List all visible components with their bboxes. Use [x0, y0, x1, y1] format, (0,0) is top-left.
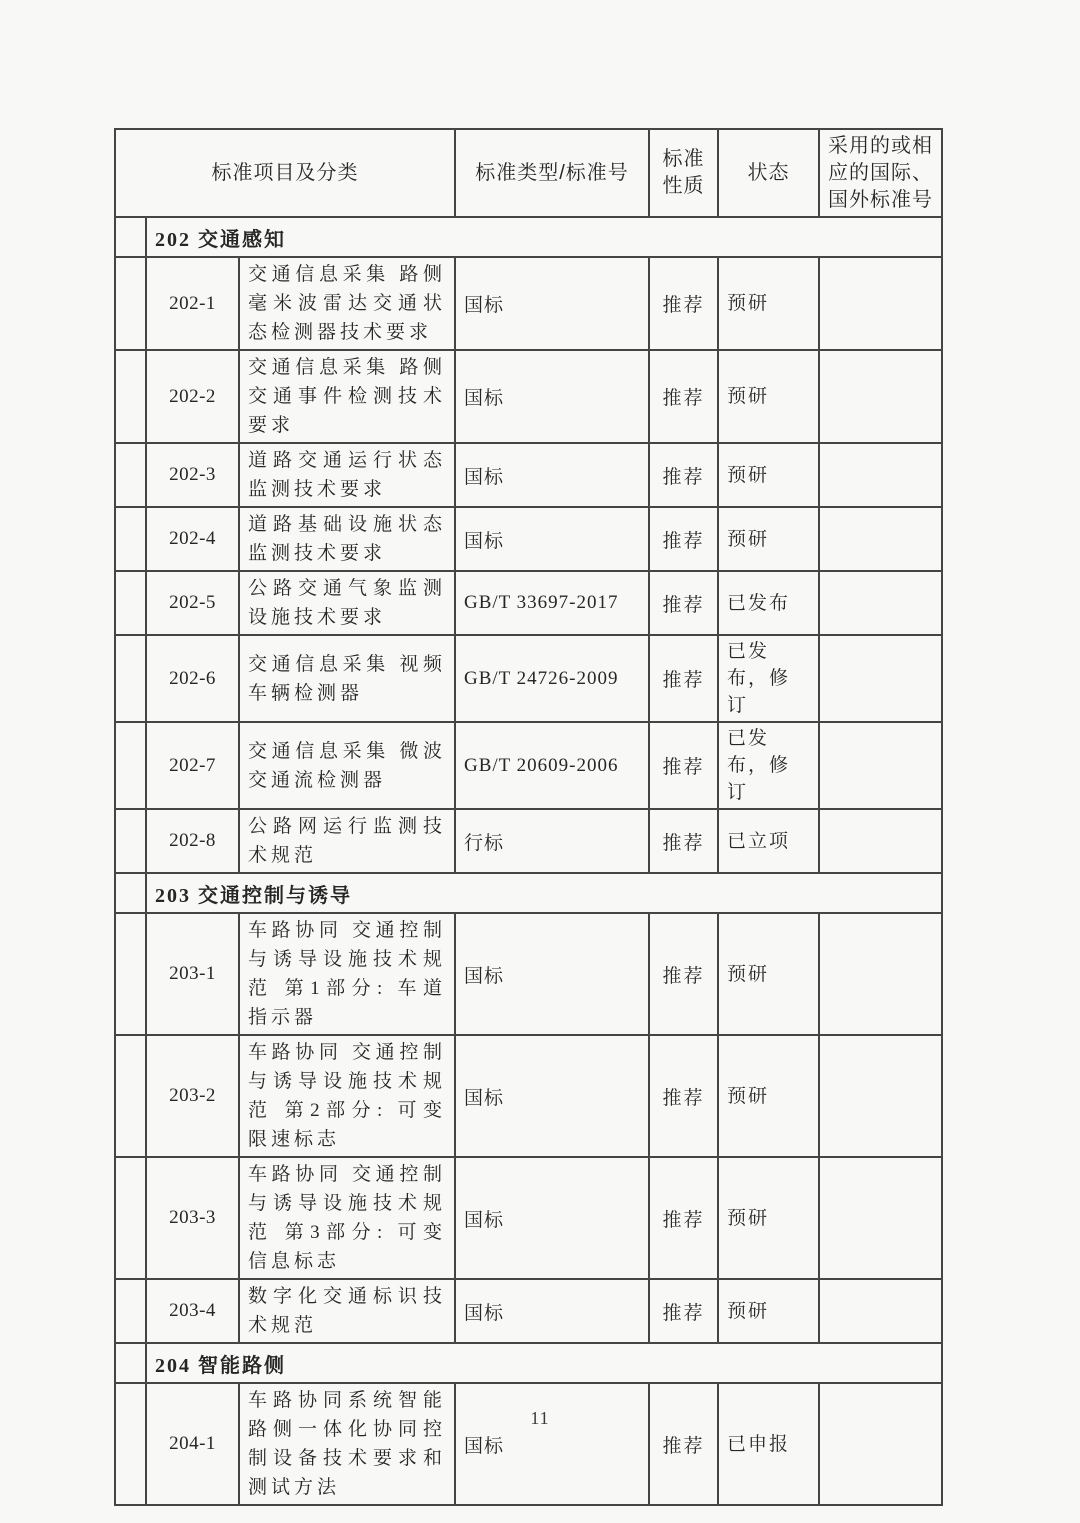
header-cell-item-category: 标准项目及分类 — [115, 129, 455, 217]
table-row: 203-2 车路协同 交通控制与诱导设施技术规范 第2部分: 可变限速标志 国标… — [115, 1035, 942, 1157]
standard-status-cell: 已发布 — [718, 571, 819, 635]
intl-standard-cell — [819, 1279, 942, 1343]
spacer-cell — [115, 1343, 146, 1383]
standard-status-cell: 已发布，修订 — [718, 635, 819, 722]
spacer-cell — [115, 507, 146, 571]
header-cell-nature: 标准性质 — [649, 129, 718, 217]
intl-standard-cell — [819, 507, 942, 571]
table-row: 202-2 交通信息采集 路侧交通事件检测技术要求 国标 推荐 预研 — [115, 350, 942, 443]
standard-name-cell: 交通信息采集 路侧交通事件检测技术要求 — [239, 350, 455, 443]
standard-type-cell: 国标 — [455, 1279, 649, 1343]
spacer-cell — [115, 1035, 146, 1157]
standard-name-cell: 交通信息采集 微波交通流检测器 — [239, 722, 455, 809]
header-cell-status: 状态 — [718, 129, 819, 217]
table-row: 202-4 道路基础设施状态监测技术要求 国标 推荐 预研 — [115, 507, 942, 571]
row-id-cell: 202-3 — [146, 443, 239, 507]
standard-name-cell: 公路交通气象监测设施技术要求 — [239, 571, 455, 635]
intl-standard-cell — [819, 635, 942, 722]
intl-standard-cell — [819, 443, 942, 507]
spacer-cell — [115, 217, 146, 257]
standard-name-cell: 车路协同系统智能路侧一体化协同控制设备技术要求和测试方法 — [239, 1383, 455, 1505]
standard-nature-cell: 推荐 — [649, 1157, 718, 1279]
row-id-cell: 202-2 — [146, 350, 239, 443]
standard-type-cell: GB/T 20609-2006 — [455, 722, 649, 809]
row-id-cell: 202-5 — [146, 571, 239, 635]
standard-type-cell: 国标 — [455, 507, 649, 571]
intl-standard-cell — [819, 722, 942, 809]
intl-standard-cell — [819, 809, 942, 873]
spacer-cell — [115, 722, 146, 809]
standard-nature-cell: 推荐 — [649, 1279, 718, 1343]
table-row: 203-1 车路协同 交通控制与诱导设施技术规范 第1部分: 车道指示器 国标 … — [115, 913, 942, 1035]
standard-type-cell: 国标 — [455, 1157, 649, 1279]
standard-nature-cell: 推荐 — [649, 913, 718, 1035]
standard-status-cell: 已申报 — [718, 1383, 819, 1505]
page-number: 11 — [0, 1408, 1080, 1429]
standard-nature-cell: 推荐 — [649, 350, 718, 443]
standard-type-cell: 国标 — [455, 913, 649, 1035]
standard-type-cell: GB/T 33697-2017 — [455, 571, 649, 635]
row-id-cell: 202-6 — [146, 635, 239, 722]
row-id-cell: 204-1 — [146, 1383, 239, 1505]
section-row: 203 交通控制与诱导 — [115, 873, 942, 913]
standard-status-cell: 预研 — [718, 1157, 819, 1279]
standard-type-cell: 行标 — [455, 809, 649, 873]
standard-type-cell: 国标 — [455, 1035, 649, 1157]
standard-status-cell: 预研 — [718, 257, 819, 350]
intl-standard-cell — [819, 571, 942, 635]
standard-type-cell: 国标 — [455, 1383, 649, 1505]
section-row: 204 智能路侧 — [115, 1343, 942, 1383]
intl-standard-cell — [819, 350, 942, 443]
table-row: 202-3 道路交通运行状态监测技术要求 国标 推荐 预研 — [115, 443, 942, 507]
standard-nature-cell: 推荐 — [649, 809, 718, 873]
standard-name-cell: 交通信息采集 路侧毫米波雷达交通状态检测器技术要求 — [239, 257, 455, 350]
spacer-cell — [115, 443, 146, 507]
row-id-cell: 202-1 — [146, 257, 239, 350]
spacer-cell — [115, 1157, 146, 1279]
spacer-cell — [115, 571, 146, 635]
standard-name-cell: 车路协同 交通控制与诱导设施技术规范 第2部分: 可变限速标志 — [239, 1035, 455, 1157]
standard-nature-cell: 推荐 — [649, 635, 718, 722]
table-row: 202-7 交通信息采集 微波交通流检测器 GB/T 20609-2006 推荐… — [115, 722, 942, 809]
row-id-cell: 203-3 — [146, 1157, 239, 1279]
spacer-cell — [115, 809, 146, 873]
standard-name-cell: 车路协同 交通控制与诱导设施技术规范 第3部分: 可变信息标志 — [239, 1157, 455, 1279]
standard-name-cell: 车路协同 交通控制与诱导设施技术规范 第1部分: 车道指示器 — [239, 913, 455, 1035]
row-id-cell: 202-7 — [146, 722, 239, 809]
intl-standard-cell — [819, 1383, 942, 1505]
row-id-cell: 202-8 — [146, 809, 239, 873]
row-id-cell: 202-4 — [146, 507, 239, 571]
standard-nature-cell: 推荐 — [649, 507, 718, 571]
standard-nature-cell: 推荐 — [649, 571, 718, 635]
table-row: 204-1 车路协同系统智能路侧一体化协同控制设备技术要求和测试方法 国标 推荐… — [115, 1383, 942, 1505]
table-row: 203-4 数字化交通标识技术规范 国标 推荐 预研 — [115, 1279, 942, 1343]
standard-name-cell: 公路网运行监测技术规范 — [239, 809, 455, 873]
standard-status-cell: 已发布，修订 — [718, 722, 819, 809]
standard-status-cell: 预研 — [718, 913, 819, 1035]
standard-nature-cell: 推荐 — [649, 722, 718, 809]
standard-nature-cell: 推荐 — [649, 1035, 718, 1157]
header-cell-type-number: 标准类型/标准号 — [455, 129, 649, 217]
section-title: 203 交通控制与诱导 — [146, 873, 942, 913]
standards-table: 标准项目及分类 标准类型/标准号 标准性质 状态 采用的或相应的国际、国外标准号… — [114, 128, 943, 1506]
spacer-cell — [115, 913, 146, 1035]
standard-type-cell: 国标 — [455, 350, 649, 443]
standard-type-cell: 国标 — [455, 443, 649, 507]
row-id-cell: 203-2 — [146, 1035, 239, 1157]
row-id-cell: 203-4 — [146, 1279, 239, 1343]
standard-name-cell: 交通信息采集 视频车辆检测器 — [239, 635, 455, 722]
table-row: 202-1 交通信息采集 路侧毫米波雷达交通状态检测器技术要求 国标 推荐 预研 — [115, 257, 942, 350]
standard-name-cell: 道路基础设施状态监测技术要求 — [239, 507, 455, 571]
table-row: 202-8 公路网运行监测技术规范 行标 推荐 已立项 — [115, 809, 942, 873]
spacer-cell — [115, 1279, 146, 1343]
spacer-cell — [115, 635, 146, 722]
standard-type-cell: GB/T 24726-2009 — [455, 635, 649, 722]
spacer-cell — [115, 1383, 146, 1505]
standard-status-cell: 预研 — [718, 443, 819, 507]
standard-status-cell: 已立项 — [718, 809, 819, 873]
spacer-cell — [115, 873, 146, 913]
table-header-row: 标准项目及分类 标准类型/标准号 标准性质 状态 采用的或相应的国际、国外标准号 — [115, 129, 942, 217]
intl-standard-cell — [819, 257, 942, 350]
standard-nature-cell: 推荐 — [649, 257, 718, 350]
section-title: 204 智能路侧 — [146, 1343, 942, 1383]
standard-status-cell: 预研 — [718, 507, 819, 571]
section-title: 202 交通感知 — [146, 217, 942, 257]
document-page: 标准项目及分类 标准类型/标准号 标准性质 状态 采用的或相应的国际、国外标准号… — [0, 0, 1080, 1523]
spacer-cell — [115, 257, 146, 350]
standard-nature-cell: 推荐 — [649, 1383, 718, 1505]
section-row: 202 交通感知 — [115, 217, 942, 257]
standard-nature-cell: 推荐 — [649, 443, 718, 507]
spacer-cell — [115, 350, 146, 443]
header-cell-international: 采用的或相应的国际、国外标准号 — [819, 129, 942, 217]
table-row: 203-3 车路协同 交通控制与诱导设施技术规范 第3部分: 可变信息标志 国标… — [115, 1157, 942, 1279]
standard-status-cell: 预研 — [718, 1279, 819, 1343]
table-row: 202-6 交通信息采集 视频车辆检测器 GB/T 24726-2009 推荐 … — [115, 635, 942, 722]
standard-status-cell: 预研 — [718, 1035, 819, 1157]
intl-standard-cell — [819, 913, 942, 1035]
standard-type-cell: 国标 — [455, 257, 649, 350]
standard-name-cell: 数字化交通标识技术规范 — [239, 1279, 455, 1343]
standard-status-cell: 预研 — [718, 350, 819, 443]
intl-standard-cell — [819, 1157, 942, 1279]
intl-standard-cell — [819, 1035, 942, 1157]
table-row: 202-5 公路交通气象监测设施技术要求 GB/T 33697-2017 推荐 … — [115, 571, 942, 635]
row-id-cell: 203-1 — [146, 913, 239, 1035]
standard-name-cell: 道路交通运行状态监测技术要求 — [239, 443, 455, 507]
